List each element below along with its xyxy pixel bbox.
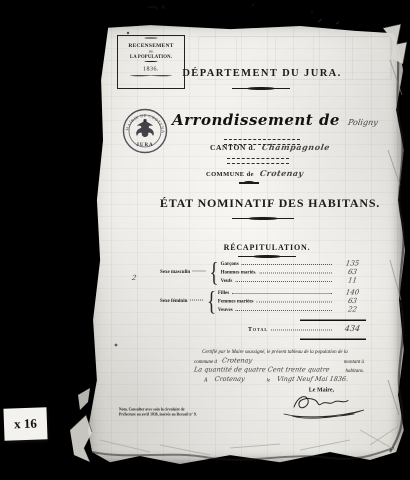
cert-at: À — [204, 377, 207, 383]
mayor-seal-stamp: MAIRIE DE CROTENAY JURA — [121, 106, 169, 154]
dot-leader — [242, 264, 332, 265]
zoom-indicator-label: x 16 — [14, 416, 37, 433]
arrondissement-label: Arrondissement de — [172, 111, 340, 129]
dot-leader — [190, 300, 203, 301]
mayor-signature — [279, 392, 389, 420]
zoom-indicator: x 16 — [3, 407, 47, 440]
stamp-base-text: JURA — [136, 143, 153, 148]
cert-place: Crotenay — [214, 376, 245, 384]
cert-date: Vingt Neuf Mai 1836. — [277, 376, 349, 384]
group-label: Sexe féminin — [160, 298, 187, 304]
row-label: Garçons — [221, 261, 239, 267]
cert-le: le — [267, 378, 271, 384]
divider-rule — [238, 256, 296, 257]
total-value: 434 — [334, 324, 371, 334]
dot-leader — [193, 271, 206, 272]
flourish-rule — [145, 38, 158, 39]
table-row: Filles 140 — [218, 288, 370, 297]
printed-footnote: Nota. Consulter avec soin la circulaire … — [119, 407, 199, 417]
recap-group-female: Sexe féminin { Filles 140 Femmes mariées… — [160, 288, 370, 314]
total-rule-top — [300, 320, 366, 322]
divider-rule — [232, 88, 290, 89]
recap-group-male: Sexe masculin { Garçons 135 Hommes marié… — [160, 259, 370, 285]
row-value: 63 — [334, 268, 370, 276]
department-title: DÉPARTEMENT DU JURA. — [152, 68, 372, 79]
row-value: 11 — [334, 277, 370, 285]
certification-block: Certifié par le Maire soussigné, le prés… — [194, 349, 364, 383]
row-value: 22 — [334, 306, 370, 314]
table-row: Garçons 135 — [221, 259, 370, 268]
census-box-de: DE — [118, 50, 184, 54]
dot-leader — [257, 302, 333, 303]
page-title: ÉTAT NOMINATIF DES HABITANS. — [146, 196, 394, 211]
microfilm-viewer-canvas: RECENSEMENT DE LA POPULATION. 1836. DÉPA… — [0, 0, 410, 480]
eagle-icon — [136, 120, 154, 137]
dot-leader — [259, 273, 332, 274]
row-value: 63 — [334, 297, 370, 305]
divider-dashed — [227, 158, 289, 164]
recap-title: RÉCAPITULATION. — [211, 243, 323, 252]
table-row: Veufs 11 — [221, 276, 370, 285]
row-label: Hommes mariés. — [221, 270, 257, 276]
dot-leader — [236, 310, 332, 311]
row-value: 135 — [334, 260, 370, 268]
eagle-head — [143, 119, 146, 122]
flourish-rule — [145, 61, 158, 62]
total-rule-bottom — [300, 339, 366, 341]
census-box-subtitle: LA POPULATION. — [118, 55, 184, 60]
arrondissement-value: Poligny — [347, 118, 378, 127]
census-box-title: RECENSEMENT — [118, 43, 184, 49]
cert-commune-label: commune d — [194, 359, 217, 365]
group-label: Sexe masculin — [160, 269, 190, 275]
census-label-box: RECENSEMENT DE LA POPULATION. 1836. — [117, 35, 185, 89]
commune-value: Crotenay — [259, 168, 304, 178]
row-value: 140 — [334, 289, 370, 297]
cert-habitans: habitans. — [346, 368, 364, 374]
table-row: Veuves 22 — [218, 305, 370, 314]
commune-line: COMMUNE de Crotenay — [206, 168, 303, 178]
cert-commune-value: Crotenay — [221, 357, 252, 365]
total-section: Total 434 — [160, 319, 370, 342]
document-page: RECENSEMENT DE LA POPULATION. 1836. DÉPA… — [86, 22, 407, 468]
row-label: Veuves — [218, 307, 233, 313]
arrondissement-line: Arrondissement de Poligny — [172, 111, 402, 130]
dot-leader — [271, 330, 332, 331]
cert-line-1: Certifié par le Maire soussigné, le prés… — [194, 349, 364, 355]
total-label: Total — [248, 326, 268, 334]
table-row: Hommes mariés. 63 — [221, 268, 370, 277]
canton-value: Champagnole — [261, 142, 331, 152]
dot-leader — [235, 281, 332, 282]
commune-label: COMMUNE de — [206, 171, 254, 178]
cert-line-4: À Crotenay le Vingt Neuf Mai 1836. — [194, 376, 364, 384]
total-row: Total 434 — [248, 324, 370, 334]
divider-rule — [239, 182, 259, 184]
divider-rule — [232, 218, 294, 219]
table-row: Femmes mariées 63 — [218, 297, 370, 306]
cert-line-3: La quantité de quatre Cent trente quatre… — [194, 366, 364, 374]
recap-table: Sexe masculin { Garçons 135 Hommes marié… — [160, 259, 370, 342]
row-label: Femmes mariées — [218, 299, 254, 305]
row-label: Veufs — [221, 278, 233, 284]
row-label: Filles — [218, 290, 229, 296]
cert-montant: montant à — [344, 359, 364, 365]
canton-label: CANTON d. — [210, 143, 256, 152]
canton-line: CANTON d. Champagnole — [210, 142, 330, 152]
cert-line-2: commune d Crotenay montant à — [194, 357, 364, 365]
cert-quantity-hand: La quantité de quatre Cent trente quatre — [193, 366, 330, 374]
dot-leader — [232, 293, 332, 294]
